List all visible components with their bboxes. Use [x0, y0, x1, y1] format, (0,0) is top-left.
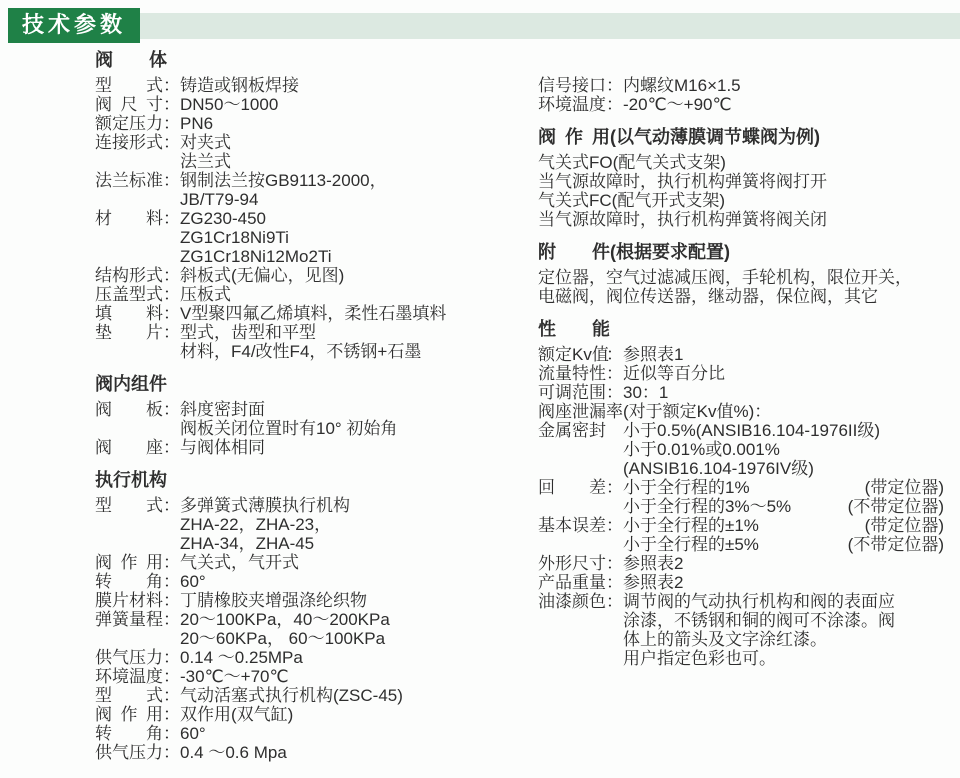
- spec-value: 对夹式法兰式: [180, 133, 538, 171]
- spec-row: 信号接口：内螺纹M16×1.5: [538, 76, 944, 95]
- spec-value-line: -20℃～+90℃: [623, 95, 944, 114]
- spec-value-line: 钢制法兰按GB9113-2000，: [180, 171, 538, 190]
- spec-text-line: 阀座泄漏率(对于额定Kv值%)：: [538, 402, 944, 421]
- spec-value-line: 材料，F4/改性F4，不锈钢+石墨: [180, 342, 538, 361]
- section-heading-text: 阀体: [95, 50, 167, 70]
- spec-value-line: 气关式，气开式: [180, 553, 538, 572]
- spec-colon: ：: [606, 516, 623, 535]
- spec-label: 阀尺寸: [95, 95, 163, 114]
- spec-colon: ：: [163, 705, 180, 724]
- spec-text-line: 当气源故障时，执行机构弹簧将阀关闭: [538, 210, 944, 229]
- spec-label: 膜片材料: [95, 591, 163, 610]
- spec-value: 气动活塞式执行机构(ZSC-45): [180, 686, 538, 705]
- spec-row: 法兰标准：钢制法兰按GB9113-2000，JB/T79-94: [95, 171, 538, 209]
- spec-value-line: 双作用(双气缸): [180, 705, 538, 724]
- spec-row: 供气压力：0.4 ～0.6 Mpa: [95, 743, 538, 762]
- spec-label: 弹簧量程: [95, 610, 163, 629]
- spec-value: 钢制法兰按GB9113-2000，JB/T79-94: [180, 171, 538, 209]
- spec-value-text: 小于全行程的±5%: [623, 535, 759, 554]
- spec-value: -20℃～+90℃: [623, 95, 944, 114]
- spec-row: 垫片：型式，齿型和平型材料，F4/改性F4，不锈钢+石墨: [95, 323, 538, 361]
- spec-colon: ：: [163, 266, 180, 285]
- spec-value-line: (ANSIB16.104-1976IV级): [623, 459, 944, 478]
- spec-row: 型式：气动活塞式执行机构(ZSC-45): [95, 686, 538, 705]
- spec-row: 阀尺寸：DN50～1000: [95, 95, 538, 114]
- section-heading-text: 附件: [538, 242, 610, 262]
- spec-label: 转角: [95, 724, 163, 743]
- spec-row: 弹簧量程：20～100KPa，40～200KPa20～60KPa， 60～100…: [95, 610, 538, 648]
- spec-value: 调节阀的气动执行机构和阀的表面应涂漆，不锈钢和铜的阀可不涂漆。阀体上的箭头及文字…: [623, 592, 944, 668]
- spec-value-line: ZG1Cr18Ni12Mo2Ti: [180, 247, 538, 266]
- spec-colon: ：: [606, 364, 623, 383]
- spec-value-line: -30℃～+70℃: [180, 667, 538, 686]
- spec-row: 连接形式：对夹式法兰式: [95, 133, 538, 171]
- spec-value: 近似等百分比: [623, 364, 944, 383]
- spec-value-note: (带定位器): [859, 478, 944, 497]
- spec-colon: ：: [163, 686, 180, 705]
- spec-value: -30℃～+70℃: [180, 667, 538, 686]
- section-heading-text: 性能: [538, 319, 610, 339]
- spec-colon: ：: [606, 478, 623, 497]
- spec-label: 环境温度: [95, 667, 163, 686]
- section-heading: 阀作用(以气动薄膜调节蝶阀为例): [538, 127, 944, 147]
- section-heading: 阀体: [95, 50, 538, 70]
- spec-row: 油漆颜色：调节阀的气动执行机构和阀的表面应涂漆，不锈钢和铜的阀可不涂漆。阀体上的…: [538, 592, 944, 668]
- spec-value-line: ZG1Cr18Ni9Ti: [180, 228, 538, 247]
- spec-value: 参照表2: [623, 554, 944, 573]
- spec-colon: ：: [606, 554, 623, 573]
- spec-label: 供气压力: [95, 743, 163, 762]
- spec-row: 金属密封 小于0.5%(ANSIB16.104-1976II级)小于0.01%或…: [538, 421, 944, 478]
- spec-value-line: 小于全行程的±1%(带定位器): [623, 516, 944, 535]
- spec-colon: ：: [163, 209, 180, 228]
- spec-colon: ：: [163, 591, 180, 610]
- spec-colon: ：: [163, 743, 180, 762]
- spec-row: 阀作用：双作用(双气缸): [95, 705, 538, 724]
- spec-label: 基本误差: [538, 516, 606, 535]
- spec-label: 回差: [538, 478, 606, 497]
- spec-row: 回差：小于全行程的1%(带定位器)小于全行程的3%～5%(不带定位器): [538, 478, 944, 516]
- section-heading: 性能: [538, 319, 944, 339]
- spec-row: 产品重量：参照表2: [538, 573, 944, 592]
- spec-value-line: 60°: [180, 572, 538, 591]
- spec-value-line: 型式，齿型和平型: [180, 323, 538, 342]
- spec-label: 材料: [95, 209, 163, 228]
- spec-value: 参照表1: [623, 345, 944, 364]
- spec-row: 可调范围：30：1: [538, 383, 944, 402]
- spec-value: 双作用(双气缸): [180, 705, 538, 724]
- spec-label: 转角: [95, 572, 163, 591]
- spec-row: 型式：多弹簧式薄膜执行机构ZHA-22，ZHA-23，ZHA-34，ZHA-45: [95, 496, 538, 553]
- spec-value-line: 近似等百分比: [623, 364, 944, 383]
- spec-value-line: 斜板式(无偏心，见图): [180, 266, 538, 285]
- spec-label: 填料: [95, 304, 163, 323]
- spec-value-text: 小于全行程的1%: [623, 478, 750, 497]
- spec-value-line: 60°: [180, 724, 538, 743]
- spec-row: 外形尺寸：参照表2: [538, 554, 944, 573]
- spec-value-text: 小于全行程的3%～5%: [623, 497, 791, 516]
- spec-value: 与阀体相同: [180, 438, 538, 457]
- spec-value: 0.4 ～0.6 Mpa: [180, 743, 538, 762]
- spec-value-line: 斜度密封面: [180, 400, 538, 419]
- spec-colon: ：: [163, 572, 180, 591]
- spec-value: 多弹簧式薄膜执行机构ZHA-22，ZHA-23，ZHA-34，ZHA-45: [180, 496, 538, 553]
- spec-value-line: PN6: [180, 114, 538, 133]
- spec-value: 参照表2: [623, 573, 944, 592]
- spec-label: 油漆颜色: [538, 592, 606, 611]
- spec-value: 压板式: [180, 285, 538, 304]
- spec-label: 可调范围: [538, 383, 606, 402]
- title-strip: [140, 13, 960, 39]
- spec-colon: ：: [163, 438, 180, 457]
- spec-value-line: 30：1: [623, 383, 944, 402]
- spec-value: 型式，齿型和平型材料，F4/改性F4，不锈钢+石墨: [180, 323, 538, 361]
- spec-row: 供气压力：0.14 ～0.25MPa: [95, 648, 538, 667]
- right-column: 信号接口：内螺纹M16×1.5环境温度：-20℃～+90℃阀作用(以气动薄膜调节…: [538, 50, 960, 762]
- spec-value: V型聚四氟乙烯填料，柔性石墨填料: [180, 304, 538, 323]
- spec-colon: ：: [163, 133, 180, 152]
- spec-label: 阀板: [95, 400, 163, 419]
- spec-row: 结构形式：斜板式(无偏心，见图): [95, 266, 538, 285]
- spec-label: 型式: [95, 496, 163, 515]
- spec-colon: [606, 421, 623, 440]
- spec-colon: ：: [163, 553, 180, 572]
- spec-value: 60°: [180, 724, 538, 743]
- spec-label: 结构形式: [95, 266, 163, 285]
- spec-value-line: 调节阀的气动执行机构和阀的表面应: [623, 592, 944, 611]
- spec-label: 额定压力: [95, 114, 163, 133]
- spec-colon: ：: [163, 304, 180, 323]
- spec-value-line: JB/T79-94: [180, 190, 538, 209]
- section-heading: 阀内组件: [95, 374, 538, 394]
- spec-label: 供气压力: [95, 648, 163, 667]
- spec-value-note: (带定位器): [859, 516, 944, 535]
- spec-text-line: 电磁阀，阀位传送器，继动器，保位阀，其它: [538, 287, 944, 306]
- section-heading-text: 阀作用: [538, 127, 610, 147]
- spec-label: 环境温度: [538, 95, 606, 114]
- spec-value-line: 参照表2: [623, 573, 944, 592]
- page-header: 技术参数: [0, 0, 960, 42]
- spec-value-note: (不带定位器): [842, 535, 944, 554]
- section-heading-text: 阀内组件: [95, 374, 167, 394]
- spec-label: 金属密封: [538, 421, 606, 440]
- spec-value: 斜板式(无偏心，见图): [180, 266, 538, 285]
- section-heading-text: 执行机构: [95, 470, 167, 490]
- spec-row: 压盖型式：压板式: [95, 285, 538, 304]
- spec-label: 阀座: [95, 438, 163, 457]
- spec-colon: ：: [606, 345, 623, 364]
- spec-row: 流量特性：近似等百分比: [538, 364, 944, 383]
- spec-label: 压盖型式: [95, 285, 163, 304]
- spec-value-line: 与阀体相同: [180, 438, 538, 457]
- spec-label: 型式: [95, 76, 163, 95]
- section-heading: 附件(根据要求配置): [538, 242, 944, 262]
- spec-colon: ：: [163, 95, 180, 114]
- spec-value-line: 小于全行程的±5%(不带定位器): [623, 535, 944, 554]
- spec-value: 内螺纹M16×1.5: [623, 76, 944, 95]
- spec-label: 流量特性: [538, 364, 606, 383]
- spec-value: 斜度密封面阀板关闭位置时有10° 初始角: [180, 400, 538, 438]
- spec-value-line: 20～60KPa， 60～100KPa: [180, 629, 538, 648]
- spec-label: 法兰标准: [95, 171, 163, 190]
- spec-value: 丁腈橡胶夹增强涤纶织物: [180, 591, 538, 610]
- spec-label: 产品重量: [538, 573, 606, 592]
- spec-value: 小于全行程的±1%(带定位器)小于全行程的±5%(不带定位器): [623, 516, 944, 554]
- spec-value-line: 体上的箭头及文字涂红漆。: [623, 630, 944, 649]
- spec-value-line: 用户指定色彩也可。: [623, 649, 944, 668]
- spec-row: 阀板：斜度密封面阀板关闭位置时有10° 初始角: [95, 400, 538, 438]
- page-title: 技术参数: [8, 8, 140, 43]
- spec-value-line: 小于全行程的3%～5%(不带定位器): [623, 497, 944, 516]
- spec-row: 填料：V型聚四氟乙烯填料，柔性石墨填料: [95, 304, 538, 323]
- spec-text-line: 气关式FO(配气关式支架): [538, 153, 944, 172]
- spec-value-line: 小于0.01%或0.001%: [623, 440, 944, 459]
- spec-colon: ：: [606, 592, 623, 611]
- spec-value-line: 气动活塞式执行机构(ZSC-45): [180, 686, 538, 705]
- spec-value-line: 铸造或钢板焊接: [180, 76, 538, 95]
- spec-value: 30：1: [623, 383, 944, 402]
- spec-value-note: (不带定位器): [842, 497, 944, 516]
- spec-value-line: 0.14 ～0.25MPa: [180, 648, 538, 667]
- spec-row: 转角：60°: [95, 572, 538, 591]
- spec-label: 信号接口: [538, 76, 606, 95]
- spec-colon: ：: [606, 76, 623, 95]
- spec-colon: ：: [163, 323, 180, 342]
- spec-value: 0.14 ～0.25MPa: [180, 648, 538, 667]
- spec-value-line: 小于0.5%(ANSIB16.104-1976II级): [623, 421, 944, 440]
- spec-row: 型式：铸造或钢板焊接: [95, 76, 538, 95]
- spec-colon: ：: [163, 667, 180, 686]
- spec-label: 额定Kv值: [538, 345, 606, 364]
- spec-colon: ：: [606, 573, 623, 592]
- spec-label: 阀作用: [95, 705, 163, 724]
- spec-value-line: 对夹式: [180, 133, 538, 152]
- spec-value: ZG230-450ZG1Cr18Ni9TiZG1Cr18Ni12Mo2Ti: [180, 209, 538, 266]
- spec-label: 垫片: [95, 323, 163, 342]
- spec-value: 铸造或钢板焊接: [180, 76, 538, 95]
- spec-label: 外形尺寸: [538, 554, 606, 573]
- spec-label: 型式: [95, 686, 163, 705]
- spec-row: 环境温度：-20℃～+90℃: [538, 95, 944, 114]
- spec-row: 额定Kv值：参照表1: [538, 345, 944, 364]
- spec-value-line: 内螺纹M16×1.5: [623, 76, 944, 95]
- spec-value: 60°: [180, 572, 538, 591]
- spec-value: DN50～1000: [180, 95, 538, 114]
- spec-value-line: 法兰式: [180, 152, 538, 171]
- spec-value-line: 参照表2: [623, 554, 944, 573]
- spec-row: 基本误差：小于全行程的±1%(带定位器)小于全行程的±5%(不带定位器): [538, 516, 944, 554]
- section-heading-suffix: (以气动薄膜调节蝶阀为例): [610, 127, 820, 147]
- spec-colon: ：: [163, 171, 180, 190]
- spec-label: 阀作用: [95, 553, 163, 572]
- spec-text-line: 气关式FC(配气开式支架): [538, 191, 944, 210]
- spec-row: 额定压力：PN6: [95, 114, 538, 133]
- spec-value-line: DN50～1000: [180, 95, 538, 114]
- spec-value-line: 0.4 ～0.6 Mpa: [180, 743, 538, 762]
- spec-row: 转角：60°: [95, 724, 538, 743]
- spec-value: 气关式，气开式: [180, 553, 538, 572]
- spec-colon: ：: [163, 114, 180, 133]
- spec-value-line: 压板式: [180, 285, 538, 304]
- spec-value-line: 小于全行程的1%(带定位器): [623, 478, 944, 497]
- spec-label: 连接形式: [95, 133, 163, 152]
- spec-value-line: 涂漆，不锈钢和铜的阀可不涂漆。阀: [623, 611, 944, 630]
- spec-value-line: 丁腈橡胶夹增强涤纶织物: [180, 591, 538, 610]
- section-heading: 执行机构: [95, 470, 538, 490]
- spec-row: 阀座：与阀体相同: [95, 438, 538, 457]
- spec-colon: ：: [163, 648, 180, 667]
- spec-colon: ：: [163, 400, 180, 419]
- spec-row: 环境温度：-30℃～+70℃: [95, 667, 538, 686]
- spec-row: 阀作用：气关式，气开式: [95, 553, 538, 572]
- spec-value-line: ZHA-22，ZHA-23，: [180, 515, 538, 534]
- spec-text-line: 定位器，空气过滤减压阀，手轮机构，限位开关，: [538, 268, 944, 287]
- spec-value-line: 20～100KPa，40～200KPa: [180, 610, 538, 629]
- spec-value: 20～100KPa，40～200KPa20～60KPa， 60～100KPa: [180, 610, 538, 648]
- spec-value-line: 多弹簧式薄膜执行机构: [180, 496, 538, 515]
- spec-colon: ：: [606, 383, 623, 402]
- spec-value-line: ZG230-450: [180, 209, 538, 228]
- content-columns: 阀体型式：铸造或钢板焊接阀尺寸：DN50～1000额定压力：PN6连接形式：对夹…: [0, 42, 960, 762]
- spec-row: 材料：ZG230-450ZG1Cr18Ni9TiZG1Cr18Ni12Mo2Ti: [95, 209, 538, 266]
- spec-value-line: ZHA-34，ZHA-45: [180, 534, 538, 553]
- spec-colon: ：: [163, 76, 180, 95]
- spec-colon: ：: [163, 285, 180, 304]
- spec-row: 膜片材料：丁腈橡胶夹增强涤纶织物: [95, 591, 538, 610]
- spec-value: 小于0.5%(ANSIB16.104-1976II级)小于0.01%或0.001…: [623, 421, 944, 478]
- spec-value: PN6: [180, 114, 538, 133]
- spec-colon: ：: [163, 610, 180, 629]
- spec-value-line: 参照表1: [623, 345, 944, 364]
- left-column: 阀体型式：铸造或钢板焊接阀尺寸：DN50～1000额定压力：PN6连接形式：对夹…: [0, 50, 538, 762]
- spec-text-line: 当气源故障时，执行机构弹簧将阀打开: [538, 172, 944, 191]
- spec-colon: ：: [163, 724, 180, 743]
- section-heading-suffix: (根据要求配置): [610, 242, 730, 262]
- spec-colon: ：: [163, 496, 180, 515]
- spec-value: 小于全行程的1%(带定位器)小于全行程的3%～5%(不带定位器): [623, 478, 944, 516]
- spec-value-line: 阀板关闭位置时有10° 初始角: [180, 419, 538, 438]
- spec-value-text: 小于全行程的±1%: [623, 516, 759, 535]
- spec-value-line: V型聚四氟乙烯填料，柔性石墨填料: [180, 304, 538, 323]
- spec-colon: ：: [606, 95, 623, 114]
- document-page: 技术参数 阀体型式：铸造或钢板焊接阀尺寸：DN50～1000额定压力：PN6连接…: [0, 0, 960, 778]
